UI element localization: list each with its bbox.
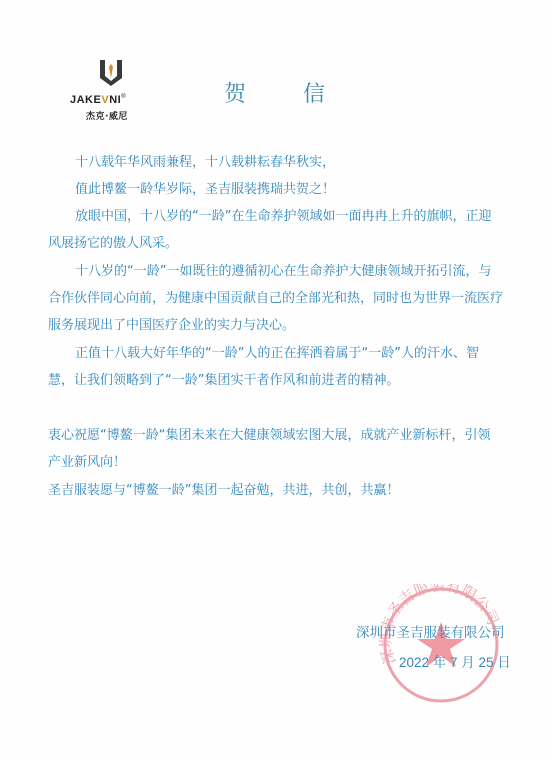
body-line: 合作伙伴同心向前，为健康中国贡献自己的全部光和热，同时也为世界一流医疗 (48, 290, 503, 308)
letter-title-char-1: 贺 (224, 77, 247, 108)
company-logo: JAKEVNI® 杰克·威尼 (68, 52, 158, 122)
body-line: 服务展现出了中国医疗企业的实力与决心。 (48, 317, 295, 335)
body-line: 圣吉服装愿与“博鳌一龄”集团一起奋勉，共进，共创，共赢！ (48, 482, 399, 500)
signature-company: 深圳市圣吉服装有限公司 (356, 621, 505, 641)
logo-brand-en: JAKEVNI® (70, 94, 160, 106)
signature-date: 2022 年 7 月 25 日 (399, 651, 511, 671)
body-line: 十八岁的“一龄”一如既往的遵循初心在生命养护大健康领域开拓引流，与 (75, 263, 491, 281)
body-line: 正值十八载大好年华的“一龄”人的正在挥洒着属于“一龄”人的汗水、智 (75, 345, 479, 363)
letter-title-char-2: 信 (303, 77, 326, 108)
body-line: 十八载年华风雨兼程，十八载耕耘春华秋实， (75, 154, 335, 172)
shield-tie-icon (96, 58, 126, 88)
body-line: 衷心祝愿“博鳌一龄“集团未来在大健康领域宏图大展，成就产业新标杆，引领 (48, 427, 490, 445)
body-line: 风展扬它的傲人风采。 (48, 235, 178, 253)
body-line: 值此博鳌一龄华岁际，圣吉服装携瑞共贺之！ (75, 181, 335, 199)
company-seal-stamp: 深圳市圣吉服装有限公司 (376, 584, 506, 706)
body-line: 产业新风向！ (48, 454, 126, 472)
body-line: 慧，让我们领略到了“一龄”集团实干者作风和前进者的精神。 (48, 372, 399, 390)
logo-brand-cn: 杰克·威尼 (86, 109, 128, 122)
body-line: 放眼中国，十八岁的“一龄”在生命养护领域如一面冉冉上升的旗帜，正迎 (75, 208, 491, 226)
letter-page: JAKEVNI® 杰克·威尼 贺 信 十八载年华风雨兼程，十八载耕耘春华秋实， … (0, 0, 550, 759)
